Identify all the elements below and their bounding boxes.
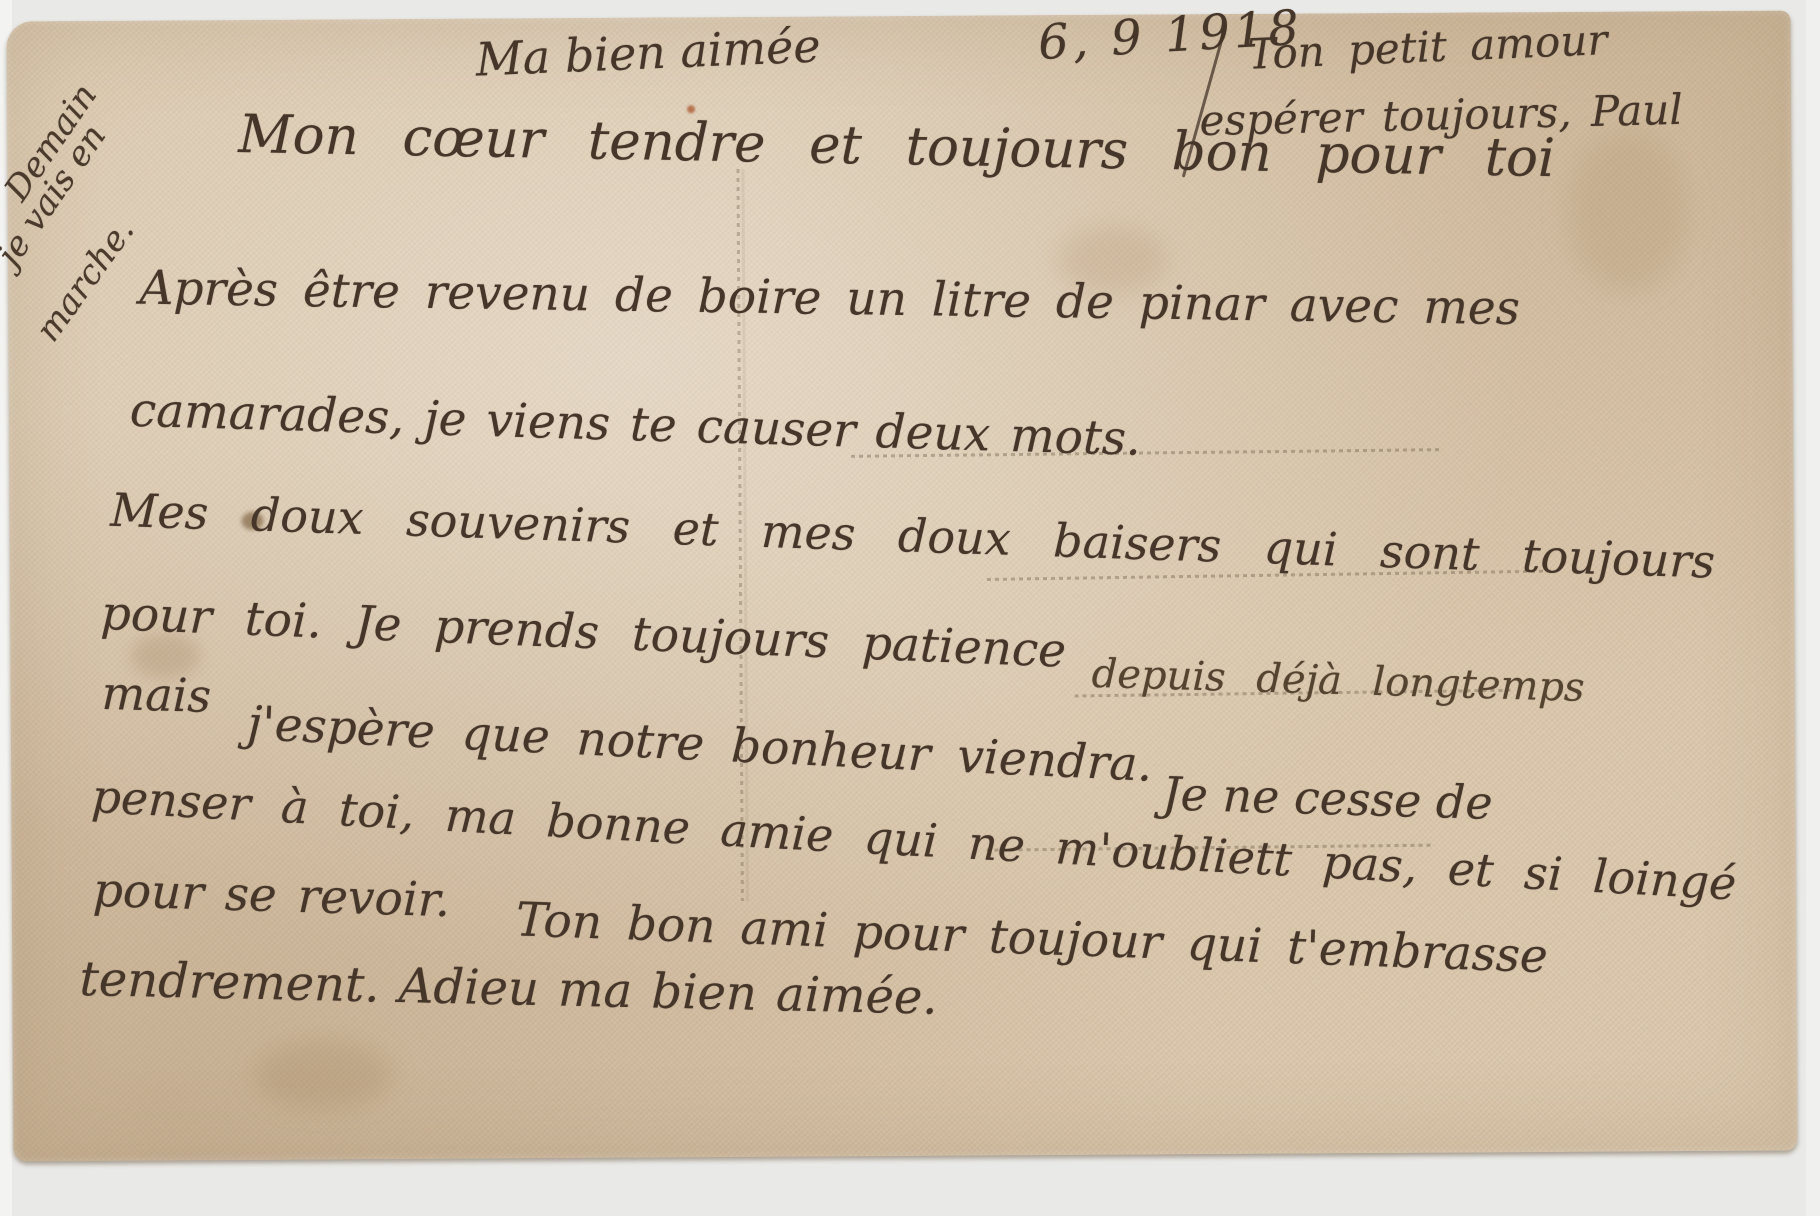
handwritten-line: Je ne cesse de	[1162, 766, 1494, 829]
postcard-paper: Ma bien aimée 6, 9 1918 Ton petit amour …	[7, 11, 1798, 1162]
handwritten-line: j'espère que notre bonheur viendra.	[246, 696, 1154, 793]
handwritten-line: Mes doux souvenirs et mes doux baisers q…	[110, 483, 1716, 589]
handwritten-line: camarades, je viens te causer deux mots.	[129, 383, 1142, 467]
salutation: Ma bien aimée	[475, 18, 822, 86]
handwritten-line: pour toi. Je prends toujours patience	[100, 586, 1067, 679]
handwritten-line: pour se revoir.	[92, 863, 451, 928]
paper-stain	[253, 1039, 393, 1110]
paper-stain	[1567, 131, 1688, 292]
handwritten-line: Après être revenu de boire un litre de p…	[139, 261, 1520, 336]
handwritten-line: depuis déjà longtemps	[1091, 651, 1585, 711]
handwritten-line: tendrement. Adieu ma bien aimée.	[79, 951, 938, 1026]
handwritten-line: mais	[101, 666, 212, 723]
